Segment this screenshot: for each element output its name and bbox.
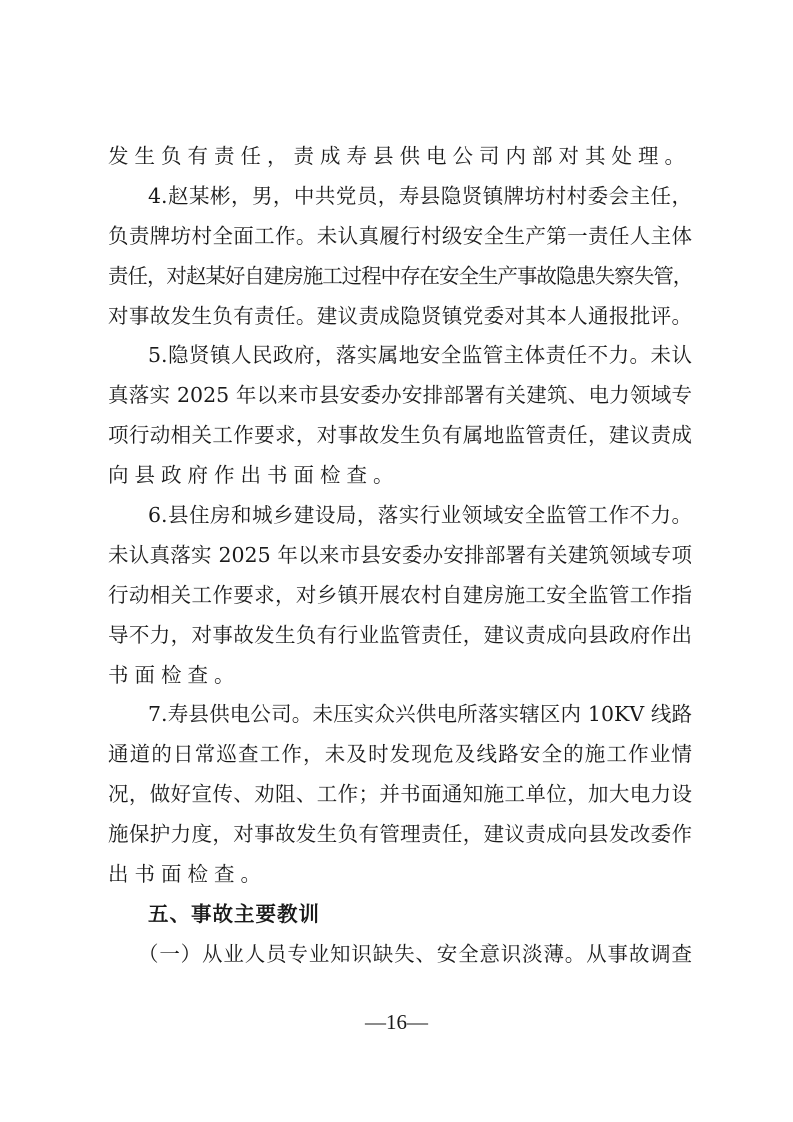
paragraph-line: 施保护力度，对事故发生负有管理责任，建议责成向县发改委作	[108, 815, 692, 855]
document-body: 发生负有责任，责成寿县供电公司内部对其处理。 4.赵某彬，男，中共党员，寿县隐贤…	[108, 137, 692, 975]
paragraph-line-item-6-start: 6.县住房和城乡建设局，落实行业领域安全监管工作不力。	[108, 496, 692, 536]
page-number: —16—	[0, 1010, 793, 1035]
paragraph-line: 通道的日常巡查工作，未及时发现危及线路安全的施工作业情	[108, 735, 692, 775]
paragraph-line: 向县政府作出书面检查。	[108, 456, 692, 496]
paragraph-line: 负责牌坊村全面工作。未认真履行村级安全生产第一责任人主体	[108, 217, 692, 257]
paragraph-line: 对事故发生负有责任。建议责成隐贤镇党委对其本人通报批评。	[108, 297, 692, 337]
paragraph-line: 未认真落实 2025 年以来市县安委办安排部署有关建筑领域专项	[108, 536, 692, 576]
subsection-line: （一）从业人员专业知识缺失、安全意识淡薄。从事故调查	[108, 935, 692, 975]
paragraph-line-item-5-start: 5.隐贤镇人民政府，落实属地安全监管主体责任不力。未认	[108, 336, 692, 376]
paragraph-line: 真落实 2025 年以来市县安委办安排部署有关建筑、电力领域专	[108, 376, 692, 416]
paragraph-line: 书面检查。	[108, 656, 692, 696]
paragraph-line: 行动相关工作要求，对乡镇开展农村自建房施工安全监管工作指	[108, 576, 692, 616]
paragraph-line: 项行动相关工作要求，对事故发生负有属地监管责任，建议责成	[108, 416, 692, 456]
section-heading: 五、事故主要教训	[108, 895, 692, 935]
paragraph-line: 发生负有责任，责成寿县供电公司内部对其处理。	[108, 137, 692, 177]
paragraph-line-item-7-start: 7.寿县供电公司。未压实众兴供电所落实辖区内 10KV 线路	[108, 695, 692, 735]
paragraph-line: 责任，对赵某好自建房施工过程中存在安全生产事故隐患失察失管，	[108, 257, 692, 297]
paragraph-line-item-4-start: 4.赵某彬，男，中共党员，寿县隐贤镇牌坊村村委会主任，	[108, 177, 692, 217]
paragraph-line: 出书面检查。	[108, 855, 692, 895]
paragraph-line: 况，做好宣传、劝阻、工作；并书面通知施工单位，加大电力设	[108, 775, 692, 815]
paragraph-line: 导不力，对事故发生负有行业监管责任，建议责成向县政府作出	[108, 616, 692, 656]
